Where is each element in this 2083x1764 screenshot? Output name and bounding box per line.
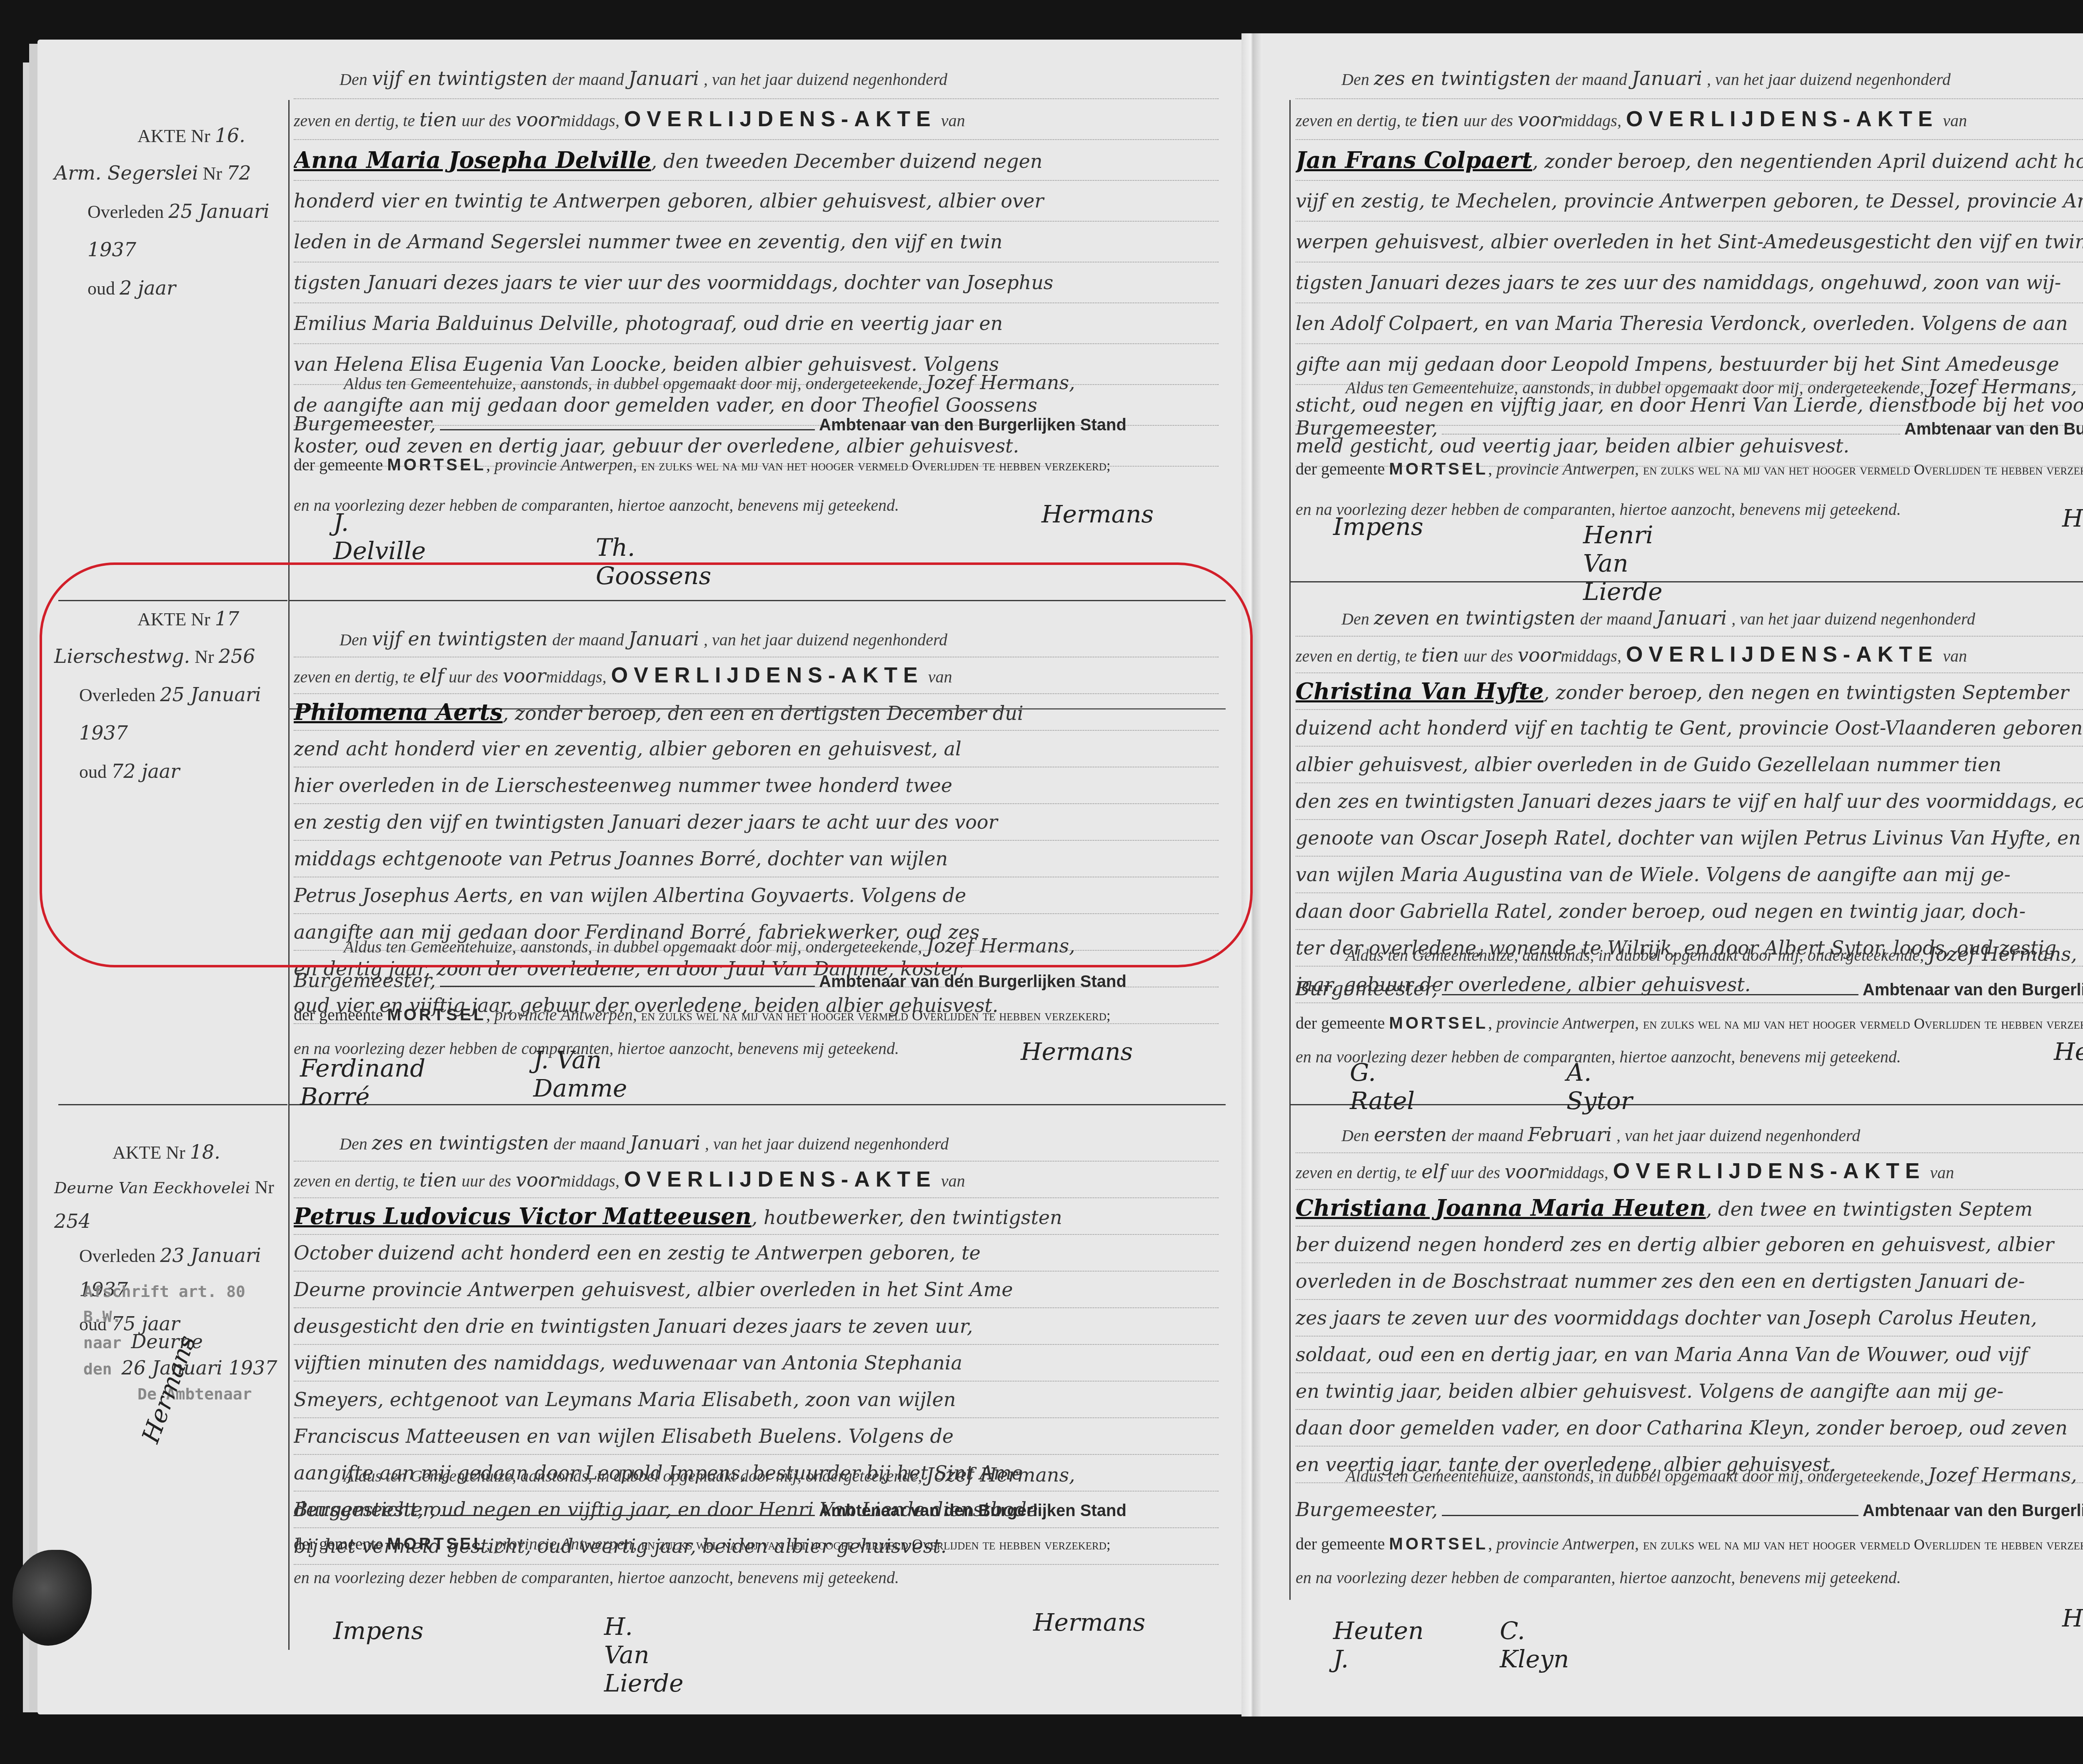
- entry-separator: [1289, 581, 2083, 582]
- column-rule-left: [288, 100, 290, 1650]
- deceased-name: Philomena Aerts: [294, 699, 503, 725]
- signature: Impens: [1333, 512, 1423, 541]
- column-rule-right: [1289, 100, 1291, 1600]
- signature: Th. Goossens: [596, 533, 711, 590]
- entry-margin-details: Arm. Segerslei Nr 72 Overleden 25 Januar…: [54, 154, 287, 307]
- signature: H. Van Lierde: [604, 1612, 684, 1697]
- signature: Impens: [333, 1617, 423, 1645]
- signature: Hermans: [1021, 1037, 1133, 1066]
- signature: J. Van Damme: [533, 1046, 627, 1102]
- deceased-name: Petrus Ludovicus Victor Matteeusen: [294, 1203, 752, 1229]
- signature: J. Delville: [333, 508, 426, 565]
- entry-closing: Aldus ten Gemeentehuize, aanstonds, in d…: [1296, 367, 2083, 530]
- entry-closing: Aldus ten Gemeentehuize, aanstonds, in d…: [1296, 937, 2083, 1074]
- deceased-name: Anna Maria Josepha Delville: [294, 147, 651, 173]
- signature: Hermans: [1041, 500, 1154, 528]
- signature: A. Sytor: [1566, 1058, 1632, 1115]
- deceased-name: Jan Frans Colpaert: [1296, 147, 1532, 173]
- entry-closing: Aldus ten Gemeentehuize, aanstonds, in d…: [294, 1458, 1219, 1594]
- entry-margin: AKTE Nr 17: [137, 600, 287, 638]
- signature: Henri Van Lierde: [1583, 521, 1663, 606]
- signature: Hermans: [1033, 1608, 1145, 1637]
- entry-closing: Aldus ten Gemeentehuize, aanstonds, in d…: [1296, 1458, 2083, 1594]
- entry-separator: [288, 1104, 1226, 1105]
- deceased-name: Christiana Joanna Maria Heuten: [1296, 1194, 1706, 1221]
- book-gutter: [1241, 33, 1262, 1717]
- signature: C. Kleyn: [1500, 1617, 1569, 1673]
- deceased-name: Christina Van Hyfte: [1296, 678, 1544, 705]
- entry-separator: [58, 1104, 287, 1105]
- entry-margin-details: Lierschestwg. Nr 256 Overleden 25 Januar…: [54, 637, 287, 791]
- signature: Hermans: [2054, 1037, 2083, 1066]
- signature: Hermans: [2062, 504, 2083, 532]
- signature: Hermans: [2062, 1604, 2083, 1632]
- entry-body: Den eersten der maand Februari , van het…: [1296, 1117, 2083, 1483]
- signature: Ferdinand Borré: [300, 1054, 425, 1111]
- signature: Heuten J.: [1333, 1617, 1424, 1673]
- entry-margin: AKTE Nr 16.: [137, 117, 287, 155]
- entry-margin: AKTE Nr 18.: [112, 1133, 287, 1172]
- entry-separator: [288, 600, 1226, 601]
- signature: G. Ratel: [1350, 1058, 1415, 1115]
